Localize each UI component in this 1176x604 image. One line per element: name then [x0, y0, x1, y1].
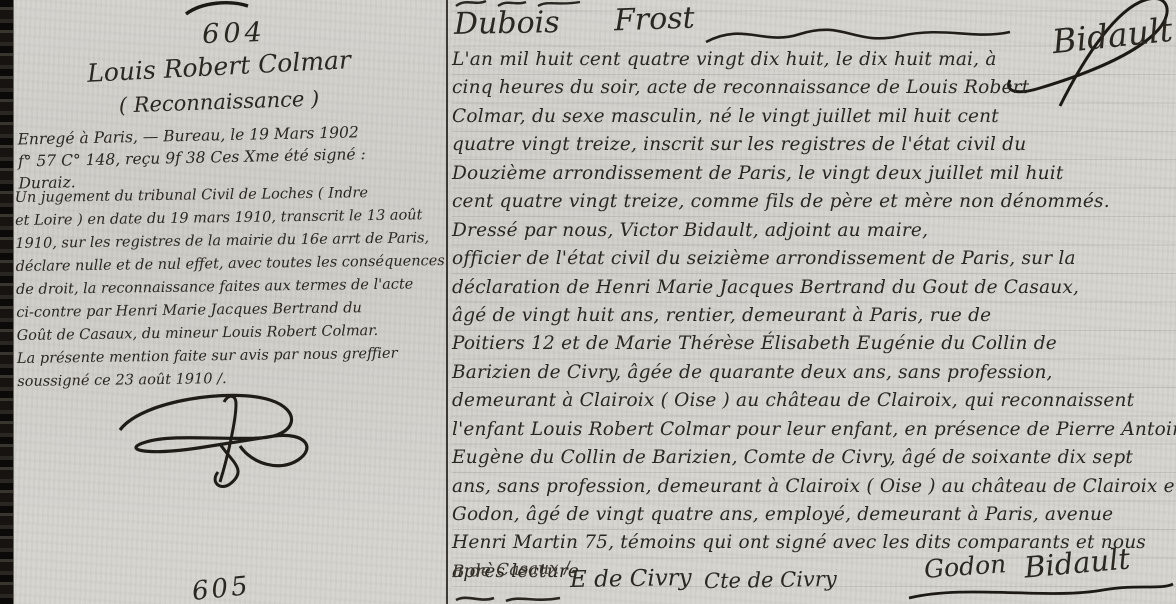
act-body-line: ans, sans profession, demeurant à Clairo… [452, 473, 1176, 501]
act-body-line: Colmar, du sexe masculin, né le vingt ju… [452, 103, 1176, 131]
act-body-line: Barizien de Civry, âgée de quarante deux… [452, 359, 1176, 387]
act-column: Dubois Frost Bidault L'an mil huit cent … [452, 0, 1176, 604]
bottom-signature-flourish-icon [907, 580, 1175, 602]
act-body-line: quatre vingt treize, inscrit sur les reg… [452, 131, 1176, 159]
act-type-label: ( Reconnaissance ) [74, 85, 365, 119]
act-name: Louis Robert Colmar [43, 43, 394, 90]
act-body-line: âgé de vingt huit ans, rentier, demeuran… [452, 302, 1176, 330]
annulment-marginal-note: Un jugement du tribunal Civil de Loches … [15, 181, 450, 394]
act-body-line: officier de l'état civil du seizième arr… [452, 245, 1176, 273]
act-body-line: cent quatre vingt treize, comme fils de … [452, 188, 1176, 216]
next-act-number: 605 [191, 571, 252, 604]
clipped-text-fragment-bottom-icon [454, 594, 564, 604]
act-body-line: L'an mil huit cent quatre vingt dix huit… [452, 46, 1176, 74]
act-body-line: Eugène du Collin de Barizien, Comte de C… [452, 444, 1176, 472]
act-body-line: cinq heures du soir, acte de reconnaissa… [452, 74, 1176, 102]
act-body-text: L'an mil huit cent quatre vingt dix huit… [452, 46, 1176, 586]
greffier-paraph-flourish-icon [102, 386, 342, 496]
signature-flourish-tail-icon [704, 16, 1014, 50]
act-body-line: Dressé par nous, Victor Bidault, adjoint… [452, 217, 1176, 245]
binding-edge [0, 0, 14, 604]
column-divider-rule [446, 0, 448, 604]
act-body-line: Poitiers 12 et de Marie Thérèse Élisabet… [452, 330, 1176, 358]
act-body-line: demeurant à Clairoix ( Oise ) au château… [452, 387, 1176, 415]
clipped-flourish-top-icon [182, 0, 252, 16]
act-body-line: l'enfant Louis Robert Colmar pour leur e… [452, 416, 1176, 444]
signature-cte-de-civry: Cte de Civry [704, 567, 837, 593]
signature-godon: Godon [923, 549, 1007, 584]
register-page-scan: 604 Louis Robert Colmar ( Reconnaissance… [0, 0, 1176, 604]
act-body-line: Douzième arrondissement de Paris, le vin… [452, 160, 1176, 188]
signature-e-de-civry: E de Civry [570, 565, 692, 593]
act-body-line: Godon, âgé de vingt quatre ans, employé,… [452, 501, 1176, 529]
signature-previous-act-1: Dubois [454, 5, 560, 42]
act-body-line: déclaration de Henri Marie Jacques Bertr… [452, 274, 1176, 302]
margin-column: 604 Louis Robert Colmar ( Reconnaissance… [14, 0, 446, 604]
signature-previous-act-2: Frost [613, 1, 695, 39]
